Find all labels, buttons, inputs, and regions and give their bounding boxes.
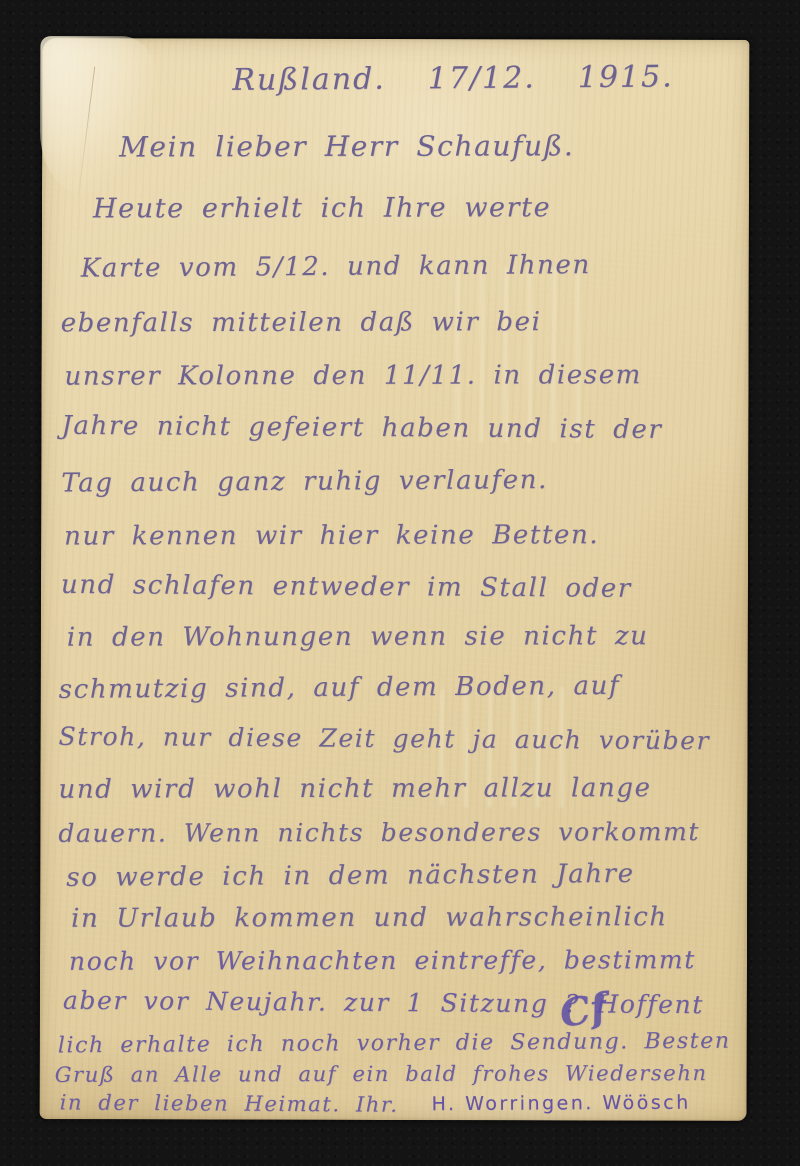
handwritten-line: und wird wohl nicht mehr allzu lange xyxy=(58,773,651,805)
handwritten-line: in den Wohnungen wenn sie nicht zu xyxy=(67,621,649,653)
dateline-location: Rußland. xyxy=(232,62,386,98)
handwritten-line: lich erhalte ich noch vorher die Sendung… xyxy=(58,1029,731,1059)
handwritten-line: noch vor Weihnachten eintreffe, bestimmt xyxy=(69,945,696,976)
signature: H. Worringen. Wöösch xyxy=(432,1092,691,1116)
handwritten-line: Gruß an Alle und auf ein bald frohes Wie… xyxy=(55,1061,708,1087)
handwritten-line: dauern. Wenn nichts besonderes vorkommt xyxy=(58,817,700,848)
handwritten-line: so werde ich in dem nächsten Jahre xyxy=(66,859,635,893)
handwritten-line: Karte vom 5/12. und kann Ihnen xyxy=(81,250,591,284)
handwritten-line: ebenfalls mitteilen daß wir bei xyxy=(61,307,542,338)
handwritten-line: und schlafen entweder im Stall oder xyxy=(61,570,632,604)
handwritten-line: Tag auch ganz ruhig verlaufen. xyxy=(61,465,548,498)
postcard: Rußland. 17/12. 1915. Mein lieber Herr S… xyxy=(40,38,750,1121)
handwritten-line: Jahre nicht gefeiert haben und ist der xyxy=(61,411,662,445)
salutation-line: Mein lieber Herr Schaufuß. xyxy=(119,129,574,163)
dateline: Rußland. 17/12. 1915. xyxy=(232,59,674,97)
scan-background: Rußland. 17/12. 1915. Mein lieber Herr S… xyxy=(0,0,800,1166)
handwritten-line: Stroh, nur diese Zeit geht ja auch vorüb… xyxy=(58,722,710,756)
censor-mark: Cf xyxy=(556,984,610,1036)
dateline-date: 17/12. xyxy=(428,61,536,97)
handwritten-line: unsrer Kolonne den 11/11. in diesem xyxy=(64,360,641,392)
worn-corner xyxy=(40,36,158,196)
handwritten-line: nur kennen wir hier keine Betten. xyxy=(64,520,599,551)
dateline-year: 1915. xyxy=(578,59,674,95)
handwritten-line: in der lieben Heimat. Ihr. xyxy=(60,1090,399,1116)
handwritten-line: schmutzig sind, auf dem Boden, auf xyxy=(59,671,621,705)
handwritten-line: Heute erhielt ich Ihre werte xyxy=(93,192,551,224)
handwritten-line: in Urlaub kommen und wahrscheinlich xyxy=(71,902,668,934)
